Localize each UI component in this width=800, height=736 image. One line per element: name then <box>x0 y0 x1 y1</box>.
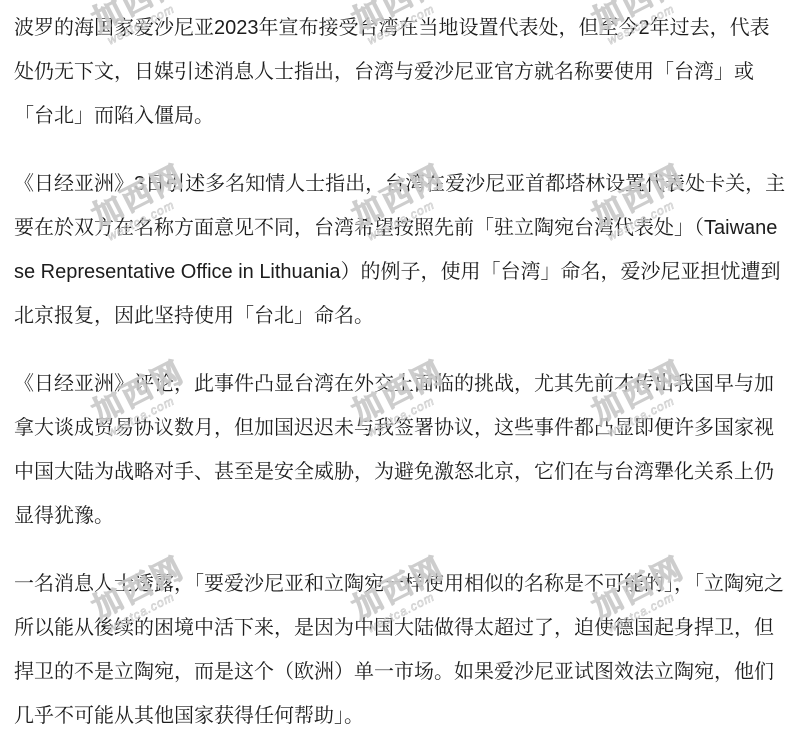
article-page: 波罗的海国家爱沙尼亚2023年宣布接受台湾在当地设置代表处，但至今2年过去，代表… <box>0 0 800 736</box>
paragraph-1: 波罗的海国家爱沙尼亚2023年宣布接受台湾在当地设置代表处，但至今2年过去，代表… <box>14 6 786 138</box>
paragraph-2: 《日经亚洲》3日引述多名知情人士指出，台湾在爱沙尼亚首都塔林设置代表处卡关，主要… <box>14 162 786 338</box>
article-body: 波罗的海国家爱沙尼亚2023年宣布接受台湾在当地设置代表处，但至今2年过去，代表… <box>0 0 800 736</box>
paragraph-4: 一名消息人士透露，「要爱沙尼亚和立陶宛一样使用相似的名称是不可能的」，「立陶宛之… <box>14 562 786 736</box>
paragraph-3: 《日经亚洲》评论，此事件凸显台湾在外交上面临的挑战，尤其先前才传出我国早与加拿大… <box>14 362 786 538</box>
